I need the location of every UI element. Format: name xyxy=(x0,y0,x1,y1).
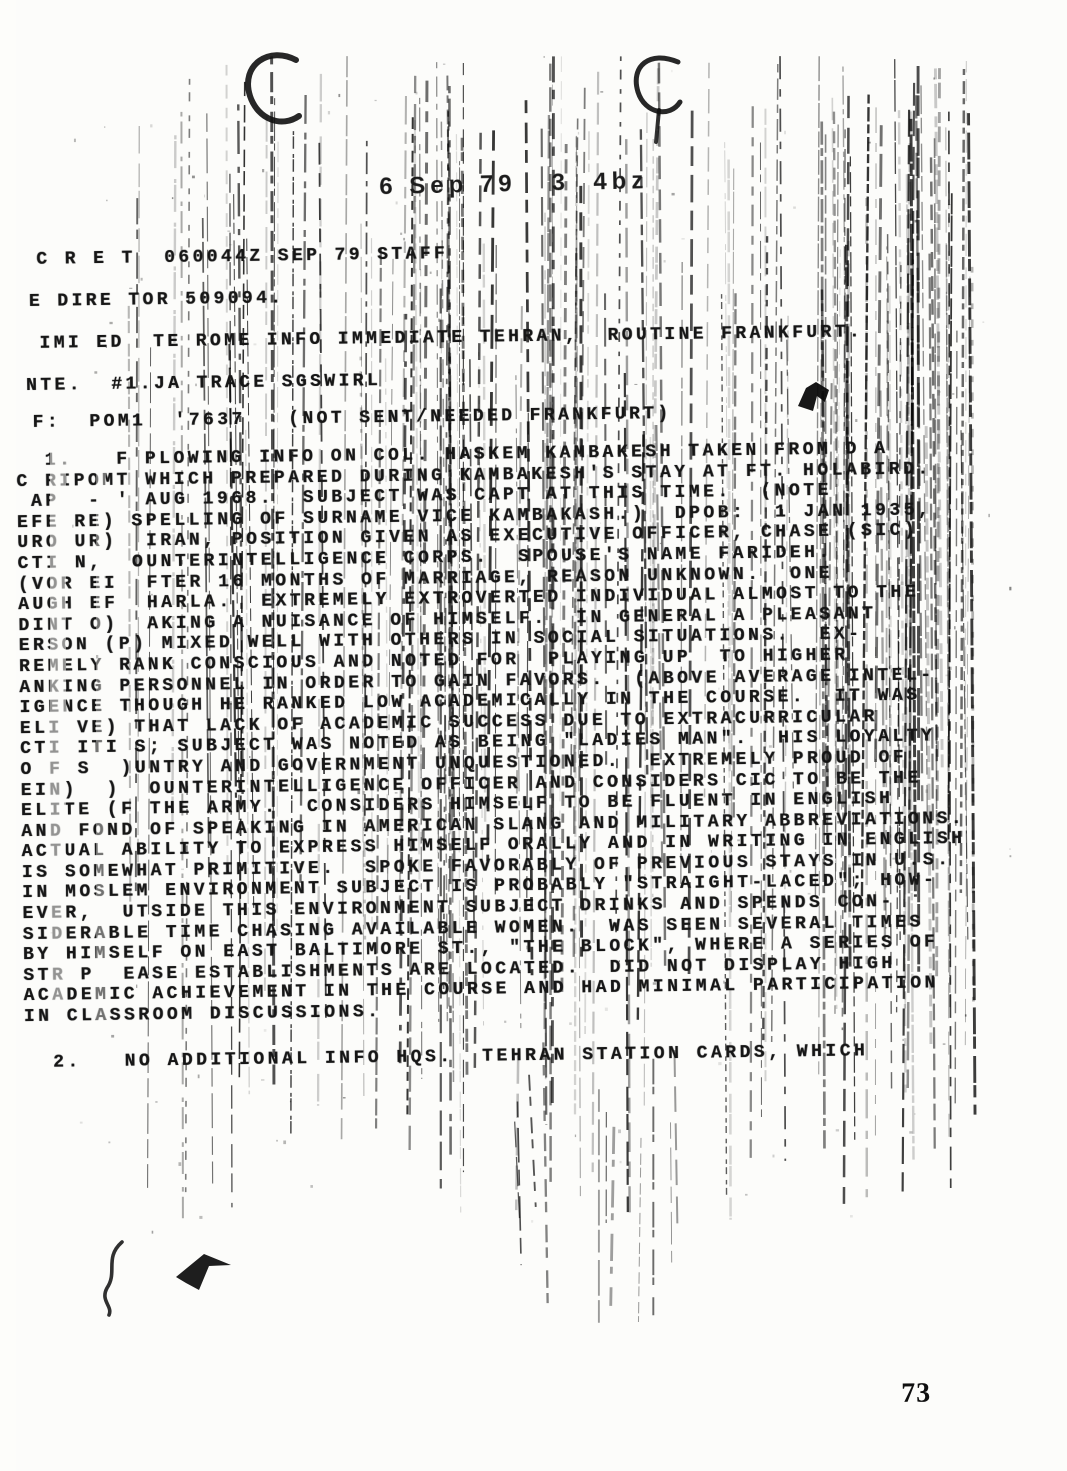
paragraph-1: 1. F PLOWING INFO ON COL. HASKEM KAMBAKE… xyxy=(16,438,968,1028)
page-number: 73 xyxy=(901,1378,931,1410)
cable-header-line: C R E T 060044Z SEP 79 STAFF xyxy=(36,244,448,270)
cable-header-line: F: POM1 '7637 (NOT SENT/NEEDED FRANKFURT… xyxy=(32,404,671,433)
cable-header-line: E DIRE TOR 509094. xyxy=(29,288,285,312)
scanned-document-page: 6 Sep 79 3 4bz C R E T 060044Z SEP 79 ST… xyxy=(0,0,1067,1471)
paragraph-2: 2. NO ADDITIONAL INFO HQS. TEHRAN STATIO… xyxy=(24,1041,868,1073)
cable-header-line: IMI ED TE ROME INFO IMMEDIATE TEHRAN, RO… xyxy=(39,322,863,353)
cable-header-line: NTE. #1.JA TRACE SGSWIRL xyxy=(26,371,381,396)
document-content: 6 Sep 79 3 4bz C R E T 060044Z SEP 79 ST… xyxy=(0,0,1067,1471)
received-date-stamp: 6 Sep 79 3 4bz xyxy=(379,167,649,201)
